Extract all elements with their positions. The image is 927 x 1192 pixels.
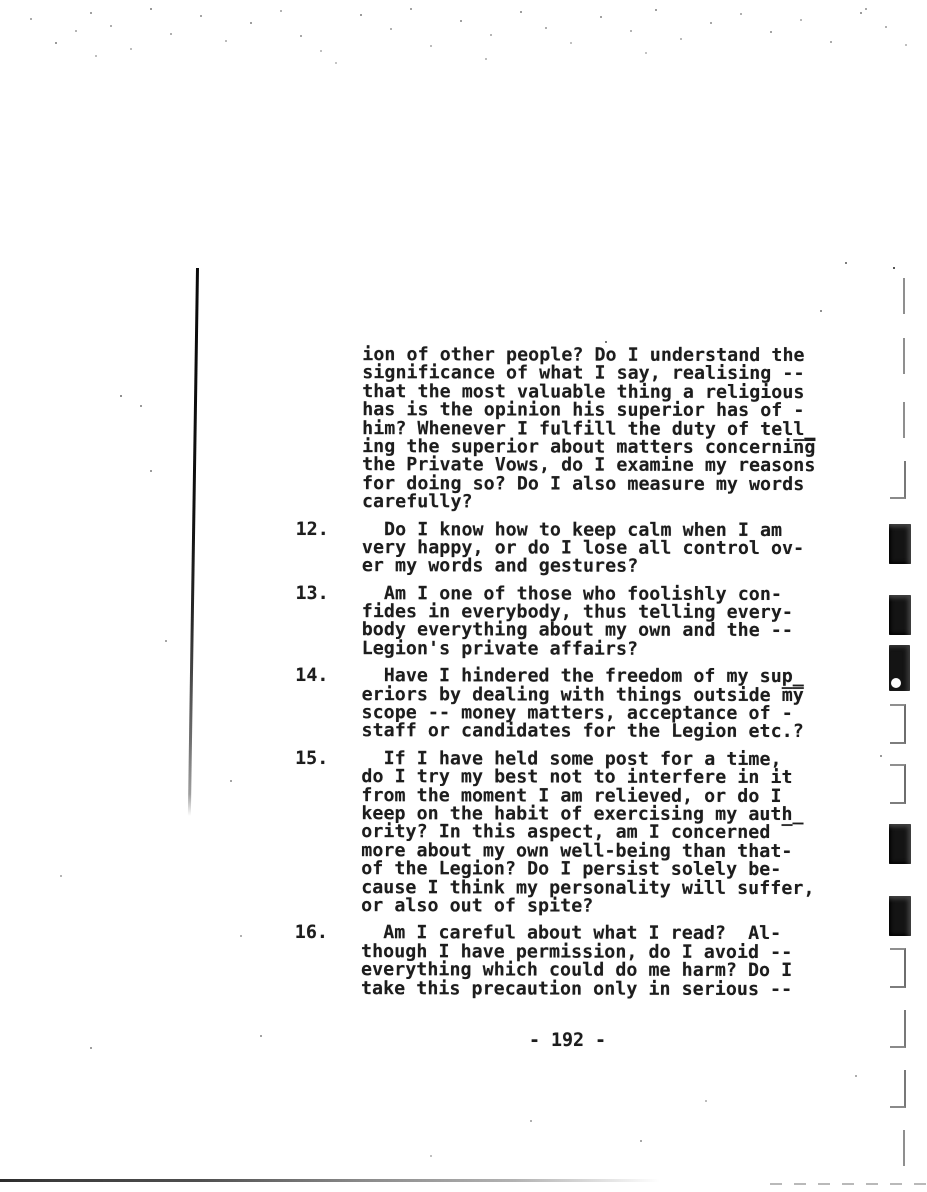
text-line: er my words and gestures? (296, 557, 816, 576)
question-item-14: 14. Have I hindered the freedom of my su… (295, 667, 815, 742)
binding-hole-mark (890, 1070, 906, 1108)
binding-hole-mark (890, 461, 906, 499)
binding-hole-mark (890, 1010, 906, 1048)
page-text: ion of other people? Do I understand the… (295, 346, 816, 999)
binding-hole-mark (889, 595, 911, 635)
scan-noise-scattered (0, 0, 2, 2)
page-number: - 192 - (529, 1030, 606, 1051)
binding-hole-mark (890, 704, 906, 744)
scan-bottom-line (0, 1179, 660, 1182)
binding-hole-mark (889, 524, 911, 564)
binding-hole-mark (903, 278, 905, 314)
binding-hole-mark (903, 338, 905, 374)
text-line: staff or candidates for the Legion etc.? (295, 722, 815, 741)
question-item-13: 13. Am I one of those who foolishly con-… (295, 585, 815, 660)
intro-paragraph: ion of other people? Do I understand the… (296, 346, 816, 513)
binding-hole-mark (890, 764, 906, 804)
binding-hole-mark (903, 1130, 905, 1166)
binding-hole-mark (903, 402, 905, 438)
binding-hole-mark (889, 645, 910, 691)
binding-hole-mark (889, 824, 911, 864)
scan-edge-line (188, 268, 199, 816)
question-item-16: 16. Am I careful about what I read? Al- … (295, 924, 815, 999)
scan-bottom-line-faint (770, 1183, 927, 1185)
binding-hole-mark (889, 896, 911, 936)
text-line: take this precaution only in serious -- (295, 979, 815, 998)
question-item-15: 15. If I have held some post for a time,… (295, 750, 815, 917)
scanned-page: ion of other people? Do I understand the… (0, 0, 927, 1192)
text-line: Legion's private affairs? (295, 640, 815, 659)
text-line: carefully? (296, 493, 816, 512)
binding-hole-mark (890, 948, 906, 988)
text-line: or also out of spite? (295, 897, 815, 916)
question-item-12: 12. Do I know how to keep calm when I am… (296, 521, 816, 577)
